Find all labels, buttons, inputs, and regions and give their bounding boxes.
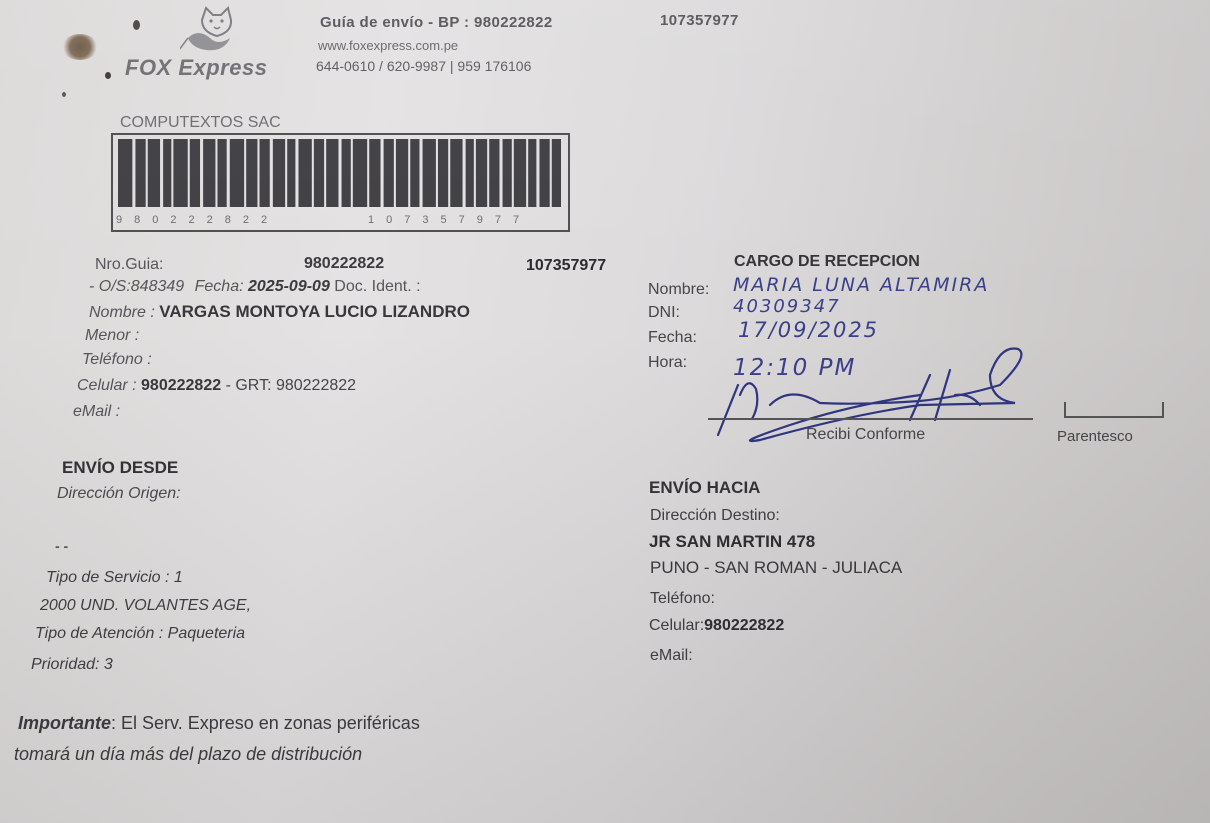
nota-label: Importante — [18, 713, 111, 733]
prioridad: Prioridad: 3 — [31, 656, 113, 674]
os-number: - O/S:848349 — [89, 278, 184, 295]
nro-guia-label: Nro.Guia: — [95, 256, 163, 274]
direccion-destino-label: Dirección Destino: — [650, 507, 780, 525]
menor-label: Menor : — [85, 327, 139, 345]
cargo-recepcion-title: CARGO DE RECEPCION — [734, 253, 920, 271]
destino-celular-value: 980222822 — [704, 617, 784, 634]
barcode-right-digits: 107357977 — [368, 214, 531, 226]
nombre-label: Nombre : — [89, 304, 155, 321]
cargo-nombre-label: Nombre: — [648, 281, 709, 299]
envio-hacia-title: ENVÍO HACIA — [649, 478, 760, 498]
contenido: 2000 UND. VOLANTES AGE, — [40, 597, 251, 615]
parentesco-field — [1064, 402, 1164, 418]
phone-numbers: 644-0610 / 620-9987 | 959 176106 — [316, 58, 531, 74]
website-link[interactable]: www.foxexpress.com.pe — [318, 38, 458, 53]
parentesco-label: Parentesco — [1057, 428, 1133, 445]
destino-celular-line: Celular:980222822 — [649, 617, 784, 635]
cargo-hora-label: Hora: — [648, 354, 687, 372]
cargo-fecha-label: Fecha: — [648, 329, 697, 347]
cargo-nombre-value: MARIA LUNA ALTAMIRA — [733, 274, 989, 296]
nro-guia-code: 107357977 — [526, 257, 606, 275]
nombre-value: VARGAS MONTOYA LUCIO LIZANDRO — [159, 302, 470, 321]
grt-value: - GRT: 980222822 — [226, 377, 356, 394]
doc-ident-label: Doc. Ident. : — [334, 278, 420, 295]
nota-line2: tomará un día más del plazo de distribuc… — [14, 744, 362, 765]
nombre-line: Nombre : VARGAS MONTOYA LUCIO LIZANDRO — [89, 302, 470, 322]
paper-stain — [62, 34, 98, 60]
celular-label: Celular : — [77, 377, 137, 394]
os-fecha-line: - O/S:848349 Fecha: 2025-09-09 Doc. Iden… — [89, 278, 421, 296]
fox-logo-icon — [180, 4, 250, 56]
barcode: 980222822 107357977 — [111, 133, 570, 232]
destino-ubicacion: PUNO - SAN ROMAN - JULIACA — [650, 558, 902, 578]
celular-value: 980222822 — [141, 377, 221, 394]
tipo-atencion: Tipo de Atención : Paqueteria — [35, 625, 245, 643]
guide-title: Guía de envío - BP : 980222822 — [320, 14, 553, 31]
envio-desde-title: ENVÍO DESDE — [62, 458, 178, 478]
cargo-dni-label: DNI: — [648, 304, 680, 322]
sender-company: COMPUTEXTOS SAC — [120, 114, 281, 132]
paper-stain — [62, 92, 66, 97]
barcode-bars — [118, 139, 561, 207]
cargo-dni-value: 40309347 — [733, 296, 841, 317]
destino-telefono-label: Teléfono: — [650, 590, 715, 608]
nota-line1: : El Serv. Expreso en zonas periféricas — [111, 713, 420, 733]
fecha-value: 2025-09-09 — [248, 278, 330, 295]
nro-guia-value: 980222822 — [304, 255, 384, 273]
destino-celular-label: Celular: — [649, 617, 704, 634]
guide-code: 107357977 — [660, 12, 739, 29]
paper-stain — [105, 72, 111, 79]
telefono-label: Teléfono : — [82, 351, 152, 369]
celular-line: Celular : 980222822 - GRT: 980222822 — [77, 377, 356, 395]
fecha-label: Fecha: — [195, 278, 244, 295]
direccion-origen-label: Dirección Origen: — [57, 485, 181, 503]
brand-name: FOX Express — [125, 55, 267, 81]
direccion-origen-value: - - — [55, 538, 68, 554]
cargo-fecha-value: 17/09/2025 — [738, 318, 879, 342]
signature-line — [708, 418, 1033, 420]
email-label: eMail : — [73, 403, 120, 421]
nota-importante: Importante: El Serv. Expreso en zonas pe… — [18, 713, 420, 734]
tipo-servicio: Tipo de Servicio : 1 — [46, 569, 183, 587]
recibi-conforme-label: Recibi Conforme — [806, 426, 925, 444]
destino-email-label: eMail: — [650, 647, 693, 665]
barcode-left-digits: 980222822 — [116, 214, 279, 226]
direccion-destino-value: JR SAN MARTIN 478 — [649, 532, 815, 552]
